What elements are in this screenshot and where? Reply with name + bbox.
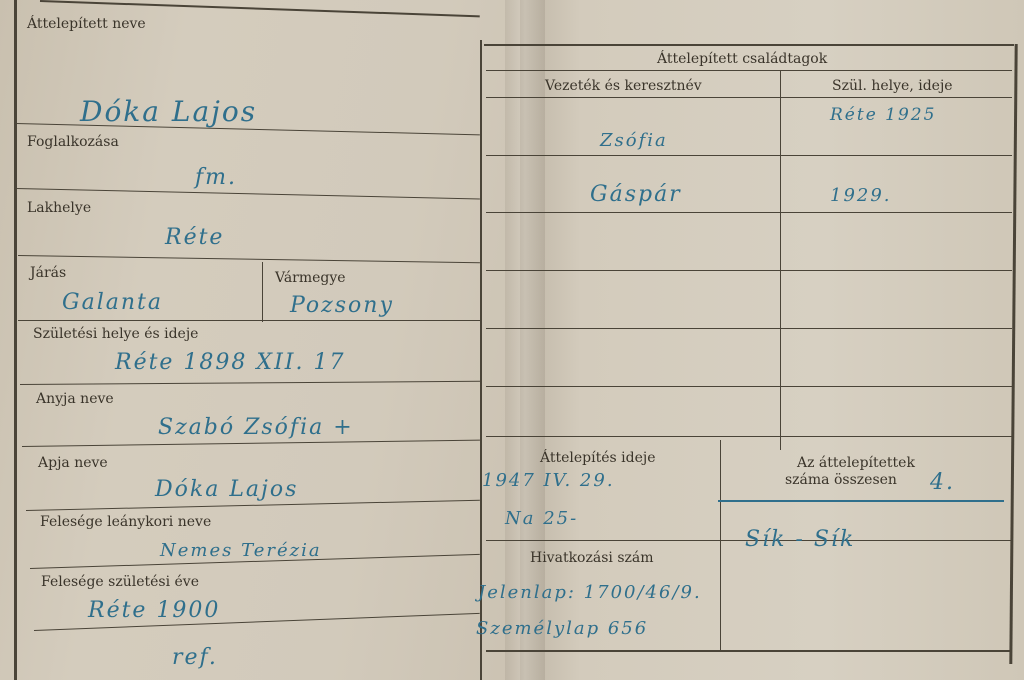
family-row-name: Zsófia bbox=[600, 130, 668, 151]
right-page bbox=[520, 0, 1024, 680]
field-value-residence: Réte bbox=[165, 225, 224, 250]
reference-number-value-2: Személylap 656 bbox=[476, 618, 648, 639]
total-underline bbox=[718, 500, 1004, 502]
field-label-birth: Születési helye és ideje bbox=[33, 326, 198, 342]
field-label-wife-birth-year: Felesége születési éve bbox=[41, 574, 199, 590]
resettlement-date-value-2: Na 25- bbox=[505, 508, 578, 529]
rule bbox=[486, 97, 1012, 98]
field-value-wife-birth-year: Réte 1900 bbox=[88, 598, 220, 623]
resettlement-date-label: Áttelepítés ideje bbox=[540, 450, 656, 466]
left-border bbox=[14, 0, 17, 680]
field-value-religion: ref. bbox=[172, 645, 218, 670]
field-label-district: Járás bbox=[30, 265, 66, 281]
family-header-name: Vezeték és keresztnév bbox=[545, 78, 702, 94]
total-count-label: Az áttelepítettek bbox=[797, 455, 915, 471]
total-count-value: 4. bbox=[930, 470, 955, 495]
rule bbox=[720, 440, 721, 650]
rule bbox=[486, 70, 1012, 71]
rule bbox=[18, 320, 480, 321]
rule bbox=[486, 212, 1012, 213]
reference-number-value: Jelenlap: 1700/46/9. bbox=[478, 582, 702, 603]
family-row-birth: Réte 1925 bbox=[830, 105, 936, 125]
field-label-mother: Anyja neve bbox=[36, 391, 114, 407]
field-label-name: Áttelepített neve bbox=[27, 16, 146, 32]
rule bbox=[486, 386, 1012, 387]
signature: Sík - Sík bbox=[745, 527, 855, 552]
rule bbox=[486, 436, 1012, 437]
right-top-border bbox=[484, 44, 1014, 46]
family-header-birth: Szül. helye, ideje bbox=[832, 78, 953, 94]
field-value-district: Galanta bbox=[62, 290, 163, 315]
field-value-birth: Réte 1898 XII. 17 bbox=[115, 350, 345, 375]
page-fold bbox=[505, 0, 545, 680]
field-label-residence: Lakhelye bbox=[27, 200, 91, 216]
reference-number-label: Hivatkozási szám bbox=[530, 550, 654, 566]
field-label-wife-maiden-name: Felesége leánykori neve bbox=[40, 514, 211, 530]
rule bbox=[486, 270, 1012, 271]
family-row-birth: 1929. bbox=[830, 185, 892, 206]
field-label-county: Vármegye bbox=[275, 270, 346, 286]
rule bbox=[486, 155, 1012, 156]
field-value-occupation: fm. bbox=[195, 165, 237, 190]
family-row-name: Gáspár bbox=[590, 182, 682, 207]
field-value-name: Dóka Lajos bbox=[80, 95, 257, 128]
rule bbox=[780, 70, 781, 450]
field-value-mother: Szabó Zsófia + bbox=[158, 415, 354, 440]
resettlement-date-value: 1947 IV. 29. bbox=[482, 470, 615, 491]
field-label-father: Apja neve bbox=[38, 455, 108, 471]
rule bbox=[262, 262, 263, 322]
field-value-county: Pozsony bbox=[290, 293, 394, 318]
rule bbox=[486, 650, 1012, 652]
total-count-label-2: száma összesen bbox=[785, 472, 897, 488]
rule bbox=[486, 328, 1012, 329]
field-value-wife-maiden-name: Nemes Terézia bbox=[160, 540, 322, 561]
field-label-occupation: Foglalkozása bbox=[27, 134, 119, 150]
field-value-father: Dóka Lajos bbox=[155, 477, 298, 502]
family-table-title: Áttelepített családtagok bbox=[657, 51, 827, 67]
